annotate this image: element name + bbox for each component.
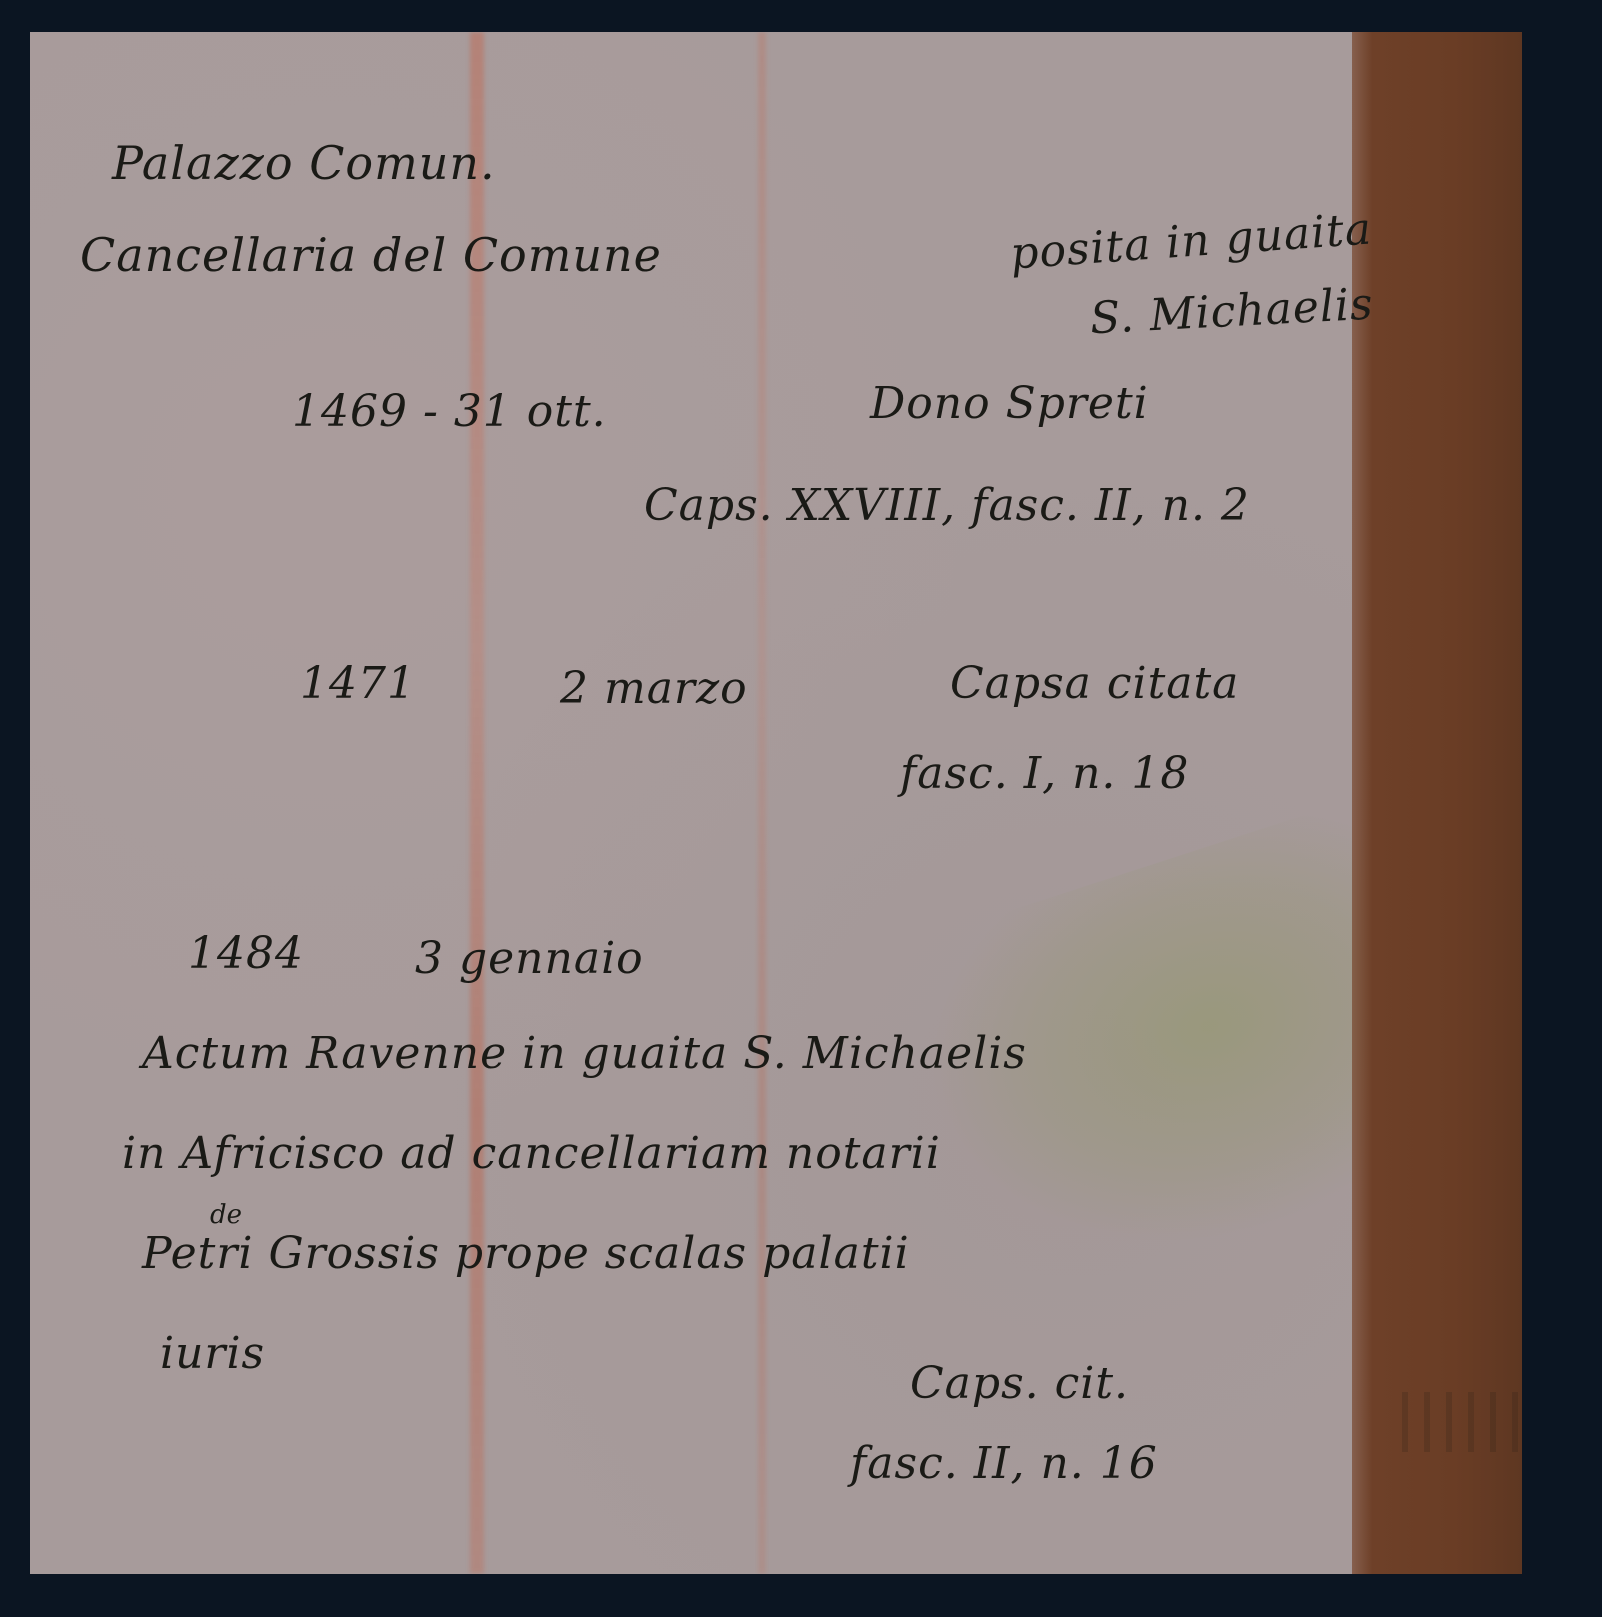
header-location-2: S. Michaelis <box>1089 283 1375 342</box>
entry-2-reference: fasc. I, n. 18 <box>900 752 1189 796</box>
entry-2-date: 1471 <box>300 662 416 706</box>
entry-2-day: 2 marzo <box>560 667 748 711</box>
entry-3-text-line-2: in Africisco ad cancellariam notarii <box>122 1132 941 1176</box>
entry-1-date: 1469 - 31 ott. <box>292 390 607 434</box>
entry-3-reference-1: Caps. cit. <box>910 1362 1129 1406</box>
header-line-2: Cancellaria del Comune <box>80 232 662 278</box>
entry-3-date: 1484 <box>188 932 304 976</box>
entry-1-reference: Caps. XXVIII, fasc. II, n. 2 <box>644 484 1250 528</box>
entry-3-superscript: de <box>210 1200 242 1230</box>
faint-red-stain-stripe <box>758 32 766 1574</box>
entry-3-day: 3 gennaio <box>415 937 644 981</box>
header-location-1: posita in guaita <box>1009 207 1374 276</box>
faded-stamp-mark <box>1402 1392 1522 1452</box>
entry-3-text-line-3: Petri Grossis prope scalas palatii <box>142 1232 910 1276</box>
brown-edge-stain <box>1352 32 1522 1574</box>
entry-1-note: Dono Spreti <box>870 382 1149 426</box>
entry-3-reference-2: fasc. II, n. 16 <box>850 1442 1158 1486</box>
entry-3-text-line-4: iuris <box>160 1332 265 1376</box>
entry-3-text-line-1: Actum Ravenne in guaita S. Michaelis <box>142 1032 1027 1076</box>
header-line-1: Palazzo Comun. <box>112 140 496 186</box>
document-paper: Palazzo Comun. Cancellaria del Comune po… <box>30 32 1522 1574</box>
entry-2-note: Capsa citata <box>950 662 1239 706</box>
